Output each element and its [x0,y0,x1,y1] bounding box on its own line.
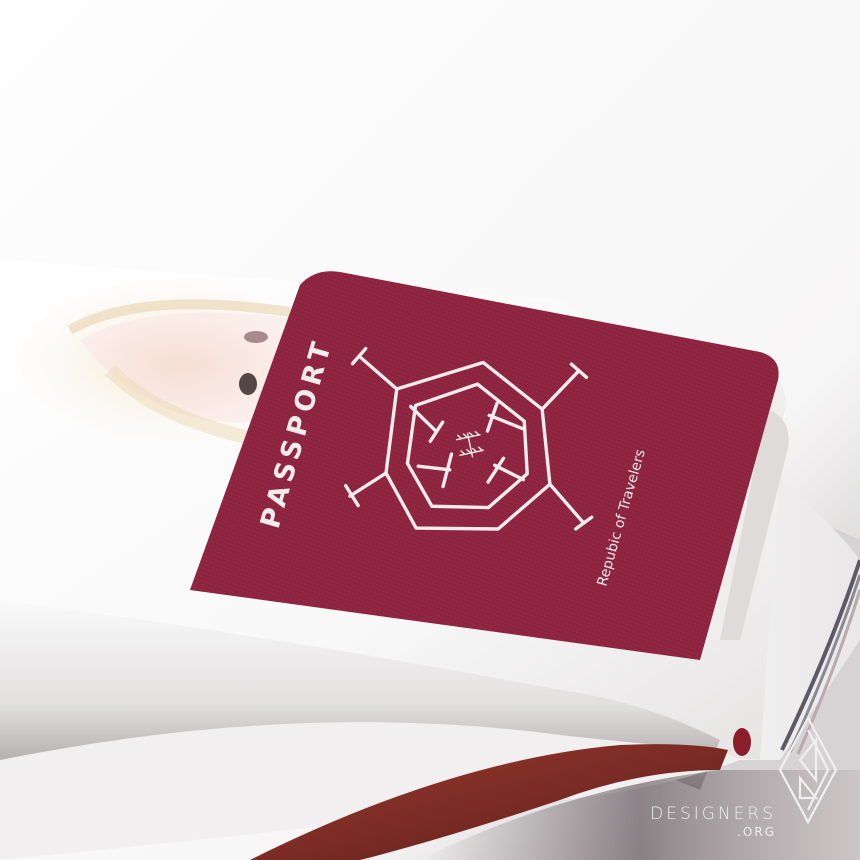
watermark-name: DESIGNERS [650,806,776,823]
watermark-domain: .ORG [650,826,776,838]
product-photo-scene: PASSPORT Repubic of Travelers [0,0,860,860]
designers-watermark: DESIGNERS .ORG [650,806,844,838]
book-headband [733,728,751,756]
